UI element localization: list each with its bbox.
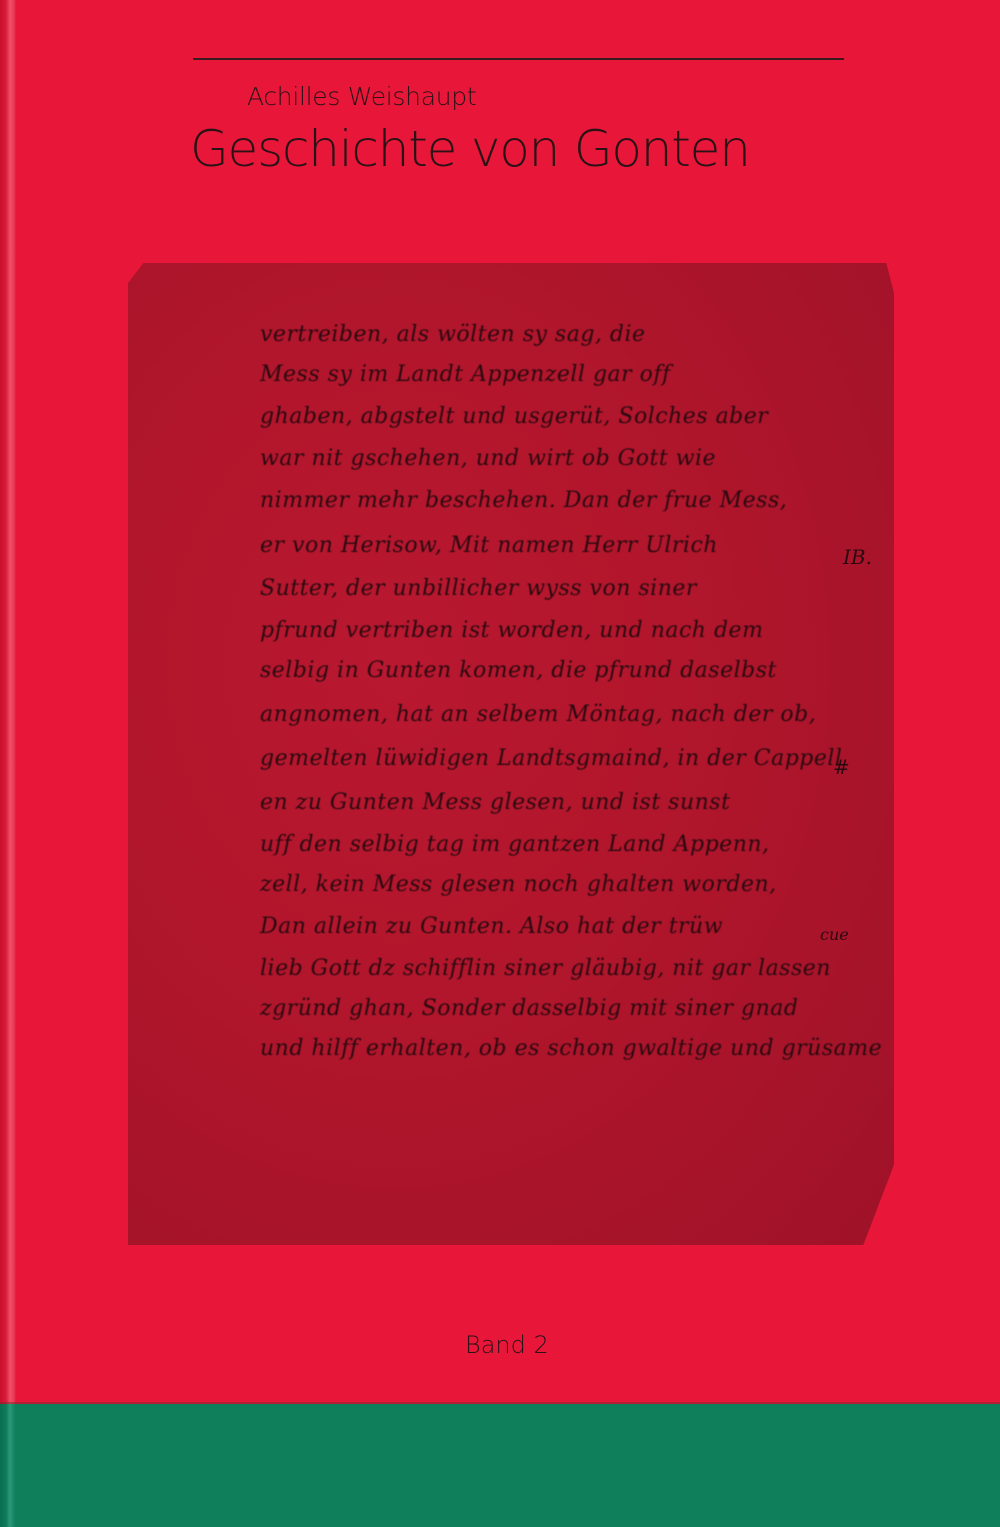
top-rule	[193, 58, 844, 60]
manuscript-line: zell, kein Mess glesen noch ghalten word…	[260, 872, 777, 906]
manuscript-line: gemelten lüwidigen Landtsgmaind, in der …	[260, 746, 842, 780]
manuscript-line: Mess sy im Landt Appenzell gar off	[260, 362, 671, 396]
manuscript-line: vertreiben, als wölten sy sag, die	[260, 322, 646, 356]
manuscript-line: en zu Gunten Mess glesen, und ist sunst	[260, 790, 730, 824]
manuscript-line: zgründ ghan, Sonder dasselbig mit siner …	[260, 996, 798, 1030]
manuscript-line: war nit gschehen, und wirt ob Gott wie	[260, 446, 716, 480]
manuscript-line: und hilff erhalten, ob es schon gwaltige…	[260, 1036, 882, 1070]
manuscript-line: er von Herisow, Mit namen Herr Ulrich	[260, 533, 718, 567]
manuscript-line: nimmer mehr beschehen. Dan der frue Mess…	[260, 488, 787, 522]
margin-mark-ib: IB.	[843, 545, 872, 569]
manuscript-line: selbig in Gunten komen, die pfrund dasel…	[260, 658, 777, 692]
manuscript-line: uff den selbig tag im gantzen Land Appen…	[260, 832, 770, 866]
bottom-green-band	[0, 1404, 1000, 1527]
margin-mark-flourish: cue	[820, 925, 849, 944]
spine-edge-green	[0, 1404, 16, 1527]
manuscript-line: angnomen, hat an selbem Möntag, nach der…	[260, 702, 816, 736]
book-title: Geschichte von Gonten	[190, 124, 750, 174]
margin-mark-hash: #	[833, 755, 850, 779]
manuscript-line: lieb Gott dz schifflin siner gläubig, ni…	[260, 956, 831, 990]
manuscript-line: pfrund vertriben ist worden, und nach de…	[260, 618, 763, 652]
volume-label: Band 2	[465, 1331, 549, 1359]
spine-edge	[0, 0, 16, 1527]
book-cover: Achilles Weishaupt Geschichte von Gonten…	[0, 0, 1000, 1527]
manuscript-line: Dan allein zu Gunten. Also hat der trüw	[260, 914, 723, 948]
author-name: Achilles Weishaupt	[247, 82, 476, 111]
manuscript-line: ghaben, abgstelt und usgerüt, Solches ab…	[260, 404, 768, 438]
manuscript-line: Sutter, der unbillicher wyss von siner	[260, 576, 697, 610]
